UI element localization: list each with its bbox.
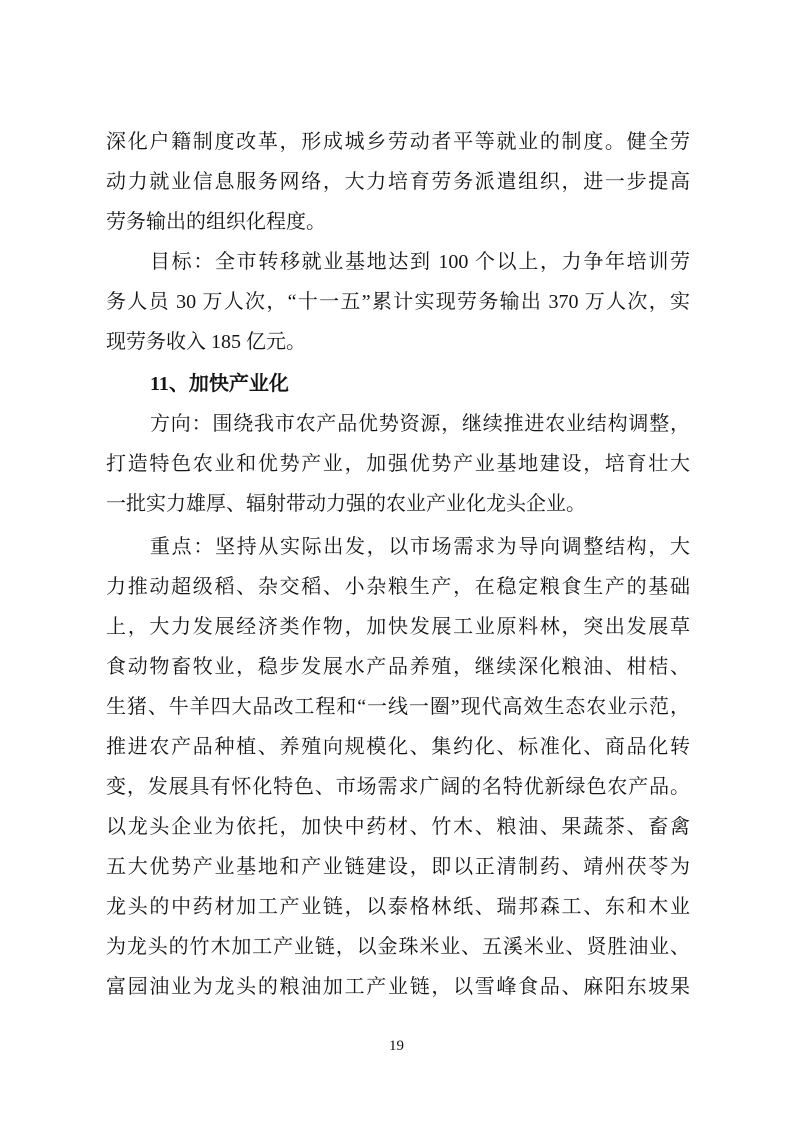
text-line: 力推动超级稻、杂交稻、小杂粮生产，在稳定粮食生产的基础 (106, 567, 690, 607)
text-line: 动力就业信息服务网络，大力培育劳务派遣组织，进一步提高 (106, 162, 690, 202)
section-heading-11: 11、加快产业化 (106, 364, 690, 404)
text-line: 食动物畜牧业，稳步发展水产品养殖，继续深化粮油、柑桔、 (106, 647, 690, 687)
document-body: 深化户籍制度改革，形成城乡劳动者平等就业的制度。健全劳 动力就业信息服务网络，大… (106, 122, 690, 1007)
text-line: 现劳务收入 185 亿元。 (106, 322, 690, 362)
text-line: 富园油业为龙头的粮油加工产业链，以雪峰食品、麻阳东坡果 (106, 967, 690, 1007)
text-line: 深化户籍制度改革，形成城乡劳动者平等就业的制度。健全劳 (106, 122, 690, 162)
text-line: 为龙头的竹木加工产业链，以金珠米业、五溪米业、贤胜油业、 (106, 927, 690, 967)
text-line: 变，发展具有怀化特色、市场需求广阔的名特优新绿色农产品。 (106, 767, 690, 807)
text-line: 目标：全市转移就业基地达到 100 个以上，力争年培训劳 (106, 242, 690, 282)
page-number: 19 (0, 1036, 793, 1056)
text-line: 打造特色农业和优势产业，加强优势产业基地建设，培育壮大 (106, 444, 690, 484)
text-line: 重点：坚持从实际出发，以市场需求为导向调整结构，大 (106, 527, 690, 567)
text-line: 以龙头企业为依托，加快中药材、竹木、粮油、果蔬茶、畜禽 (106, 807, 690, 847)
text-line: 方向：围绕我市农产品优势资源，继续推进农业结构调整， (106, 404, 690, 444)
text-line: 龙头的中药材加工产业链，以泰格林纸、瑞邦森工、东和木业 (106, 887, 690, 927)
text-line: 劳务输出的组织化程度。 (106, 202, 690, 242)
text-line: 推进农产品种植、养殖向规模化、集约化、标准化、商品化转 (106, 727, 690, 767)
text-line: 务人员 30 万人次，“十一五”累计实现劳务输出 370 万人次，实 (106, 282, 690, 322)
document-page: 深化户籍制度改革，形成城乡劳动者平等就业的制度。健全劳 动力就业信息服务网络，大… (0, 0, 793, 1122)
text-line: 生猪、牛羊四大品改工程和“一线一圈”现代高效生态农业示范， (106, 687, 690, 727)
text-line: 一批实力雄厚、辐射带动力强的农业产业化龙头企业。 (106, 484, 690, 524)
text-line: 上，大力发展经济类作物，加快发展工业原料林，突出发展草 (106, 607, 690, 647)
text-line: 五大优势产业基地和产业链建设，即以正清制药、靖州茯苓为 (106, 847, 690, 887)
